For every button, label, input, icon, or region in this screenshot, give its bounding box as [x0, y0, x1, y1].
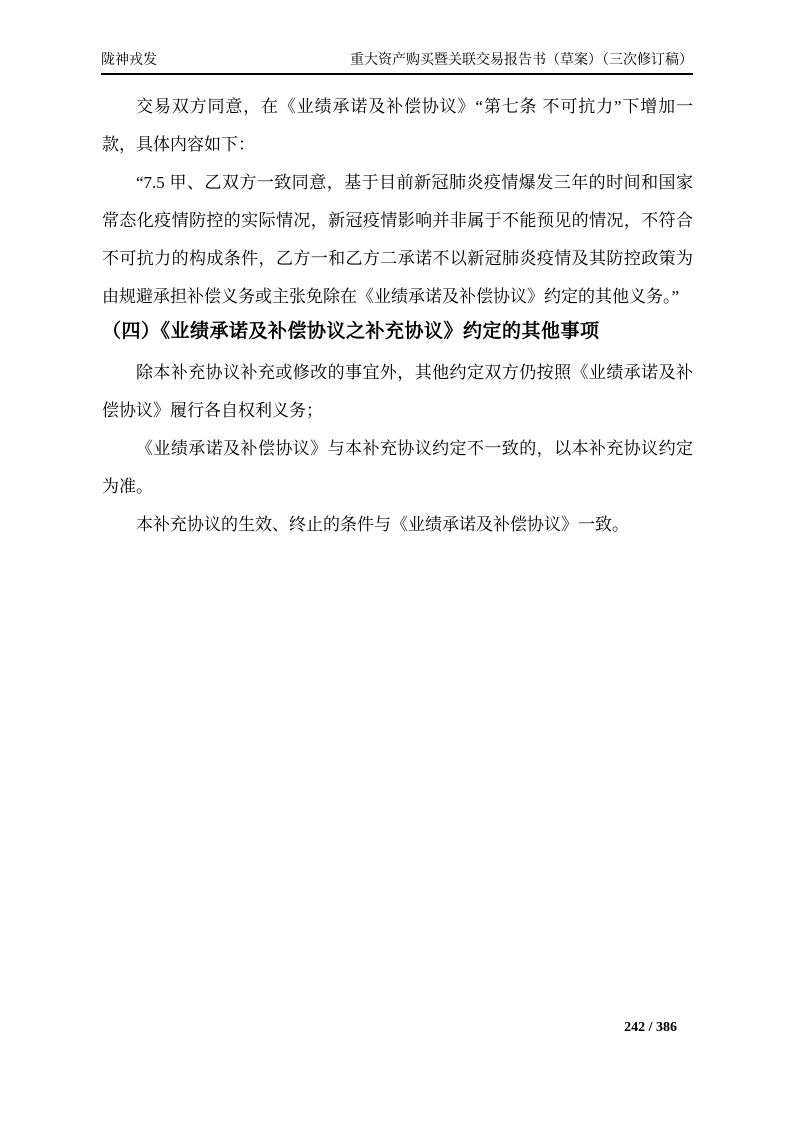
page-number: 242 / 386 [624, 1020, 677, 1035]
paragraph-other-matters-3: 本补充协议的生效、终止的条件与《业绩承诺及补偿协议》一致。 [102, 506, 693, 544]
page-footer: 242 / 386 [624, 1020, 677, 1036]
paragraph-other-matters-2: 《业绩承诺及补偿协议》与本补充协议约定不一致的，以本补充协议约定为准。 [102, 430, 693, 506]
paragraph-clause-7-5: “7.5 甲、乙双方一致同意，基于目前新冠肺炎疫情爆发三年的时间和国家常态化疫情… [102, 164, 693, 316]
document-page: 陇神戎发 重大资产购买暨关联交易报告书（草案）（三次修订稿） 交易双方同意，在《… [0, 0, 793, 1122]
document-body: 交易双方同意，在《业绩承诺及补偿协议》“第七条 不可抗力”下增加一款，具体内容如… [102, 88, 693, 544]
header-company-short-name: 陇神戎发 [101, 52, 157, 69]
paragraph-other-matters-1: 除本补充协议补充或修改的事宜外，其他约定双方仍按照《业绩承诺及补偿协议》履行各自… [102, 354, 693, 430]
section-heading-four-other-matters: （四）《业绩承诺及补偿协议之补充协议》约定的其他事项 [102, 318, 693, 346]
page-header: 陇神戎发 重大资产购买暨关联交易报告书（草案）（三次修订稿） [101, 52, 693, 75]
paragraph-amendment-intro: 交易双方同意，在《业绩承诺及补偿协议》“第七条 不可抗力”下增加一款，具体内容如… [102, 88, 693, 164]
header-report-title: 重大资产购买暨关联交易报告书（草案）（三次修订稿） [350, 52, 693, 69]
